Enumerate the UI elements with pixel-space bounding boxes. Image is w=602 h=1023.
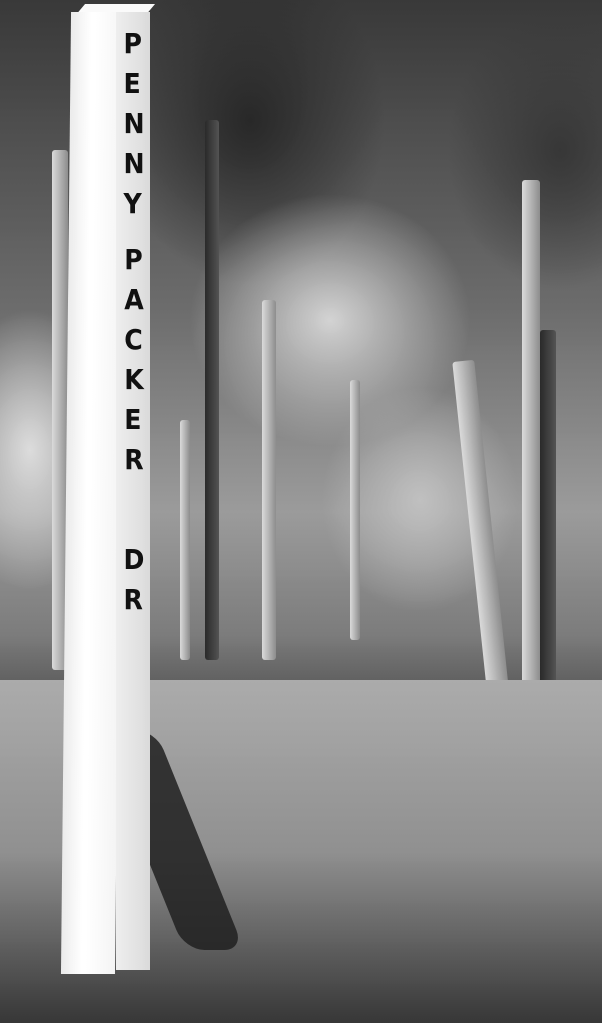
tree-trunk (522, 180, 540, 700)
photograph: PENNY PACKER DR (0, 0, 602, 1023)
sign-letter: K (124, 360, 144, 400)
sign-letter: Y (123, 184, 144, 224)
sign-letter: E (123, 64, 144, 104)
sign-letter: A (124, 280, 144, 320)
sign-letter: D (124, 540, 145, 580)
tree-trunk (180, 420, 190, 660)
sign-letter: E (124, 400, 144, 440)
sign-letter: N (123, 104, 144, 144)
tree-trunk (452, 360, 509, 700)
tree-trunk (262, 300, 276, 660)
sign-letter: R (124, 440, 144, 480)
sign-letter: P (123, 24, 144, 64)
sign-word-packer: PACKER (124, 240, 144, 480)
sign-letter: P (124, 240, 144, 280)
sign-letter: C (124, 320, 144, 360)
sign-word-dr: DR (124, 540, 145, 620)
tree-trunk (205, 120, 219, 660)
street-sign-post: PENNY PACKER DR (66, 4, 152, 974)
sign-letter: N (123, 144, 144, 184)
tree-trunk (350, 380, 360, 640)
street-name-label: PENNY PACKER DR (118, 24, 150, 620)
sign-letter: R (124, 580, 145, 620)
tree-trunk (540, 330, 556, 690)
sign-word-penny: PENNY (123, 24, 144, 224)
